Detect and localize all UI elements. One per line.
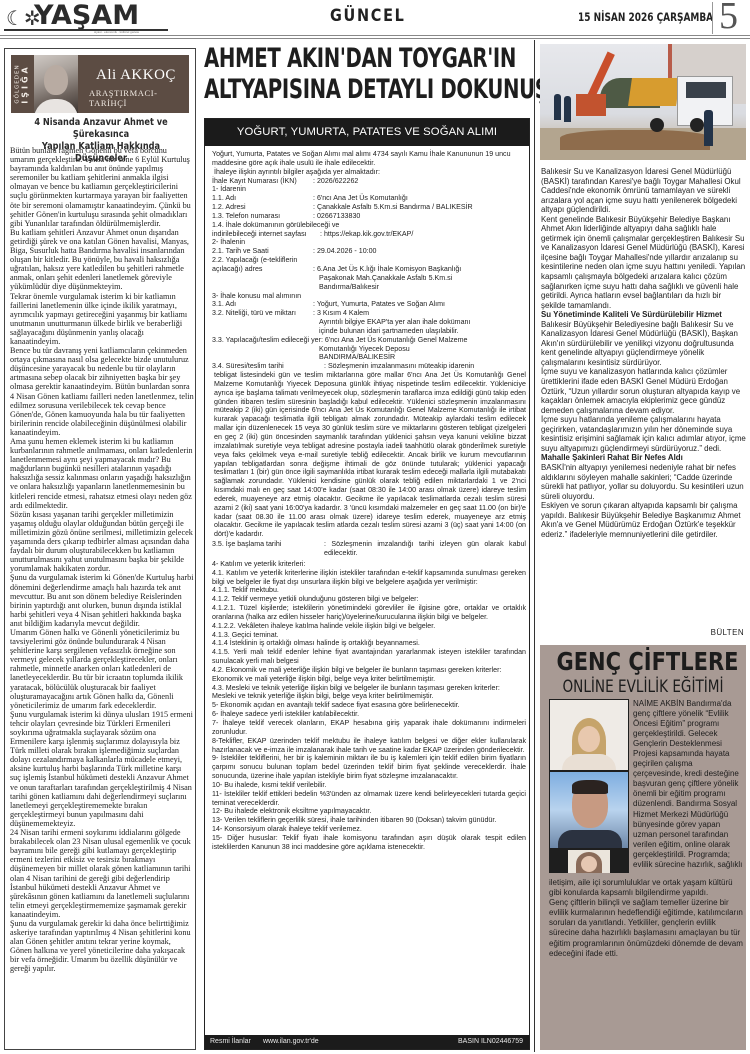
author-name: Ali AKKOÇ — [96, 67, 176, 84]
header-rule — [0, 38, 750, 39]
divider — [712, 2, 713, 34]
criteria-item: Ekonomik ve mali yeterliğe ilişkin bilgi… — [212, 675, 526, 684]
paragraph: Genç çiftlerin bilinçli ve sağlam temell… — [549, 898, 743, 959]
paragraph: Ama şunu hemen eklemek isterim ki bu kat… — [10, 437, 194, 510]
column-label-big: IŞIĞA — [21, 64, 30, 103]
news-article: Balıkesir Su ve Kanalizasyon İdaresi Gen… — [541, 167, 747, 539]
field-value: BANDIRMA/BALIKESİR — [212, 353, 526, 362]
tender-body: Yoğurt, Yumurta, Patates ve Soğan Alımı … — [212, 150, 526, 852]
tender-intro: İhaleye ilişkin ayrıntılı bilgiler aşağı… — [212, 168, 526, 177]
field-value: : Sözleşmenin imzalandığı tarihi izleyen… — [324, 540, 526, 558]
paragraph: Şunu da vurgulamak isterim ki Gönen'de K… — [10, 573, 194, 628]
author-role: ARAŞTIRMACI-TARİHÇİ — [89, 88, 189, 108]
field-value: : 6.Ana Jet Üs K.lığı İhale Komisyon Baş… — [313, 265, 526, 274]
field-value: içinde bulunan idari şartnameden ulaşıla… — [212, 327, 526, 336]
criteria-item: 13- Verilen tekliflerin geçerlilik süres… — [212, 816, 526, 825]
headline-line: ALTYAPISINA DETAYLI DOKUNUŞ — [204, 74, 549, 105]
column-divider — [534, 40, 535, 1052]
feature-text-continued: iletişim, aile içi sorumluluklar ve orta… — [549, 878, 743, 959]
paragraph: Tekrar önemle vurgulamak isterim ki bir … — [10, 292, 194, 347]
subheading: Su Yönetiminde Kaliteli Ve Sürdürülebili… — [541, 310, 747, 320]
logo-text: YAŞAM — [34, 0, 139, 31]
criteria-item: 4.3. Mesleki ve teknik yeterliğe ilişkin… — [212, 684, 526, 693]
criteria-item: 4.1.1. Teklif mektubu. — [212, 586, 526, 595]
page-number: 5 — [719, 0, 738, 38]
paragraph: BASKİ'nin altyapıyı yenilemesi nedeniyle… — [541, 463, 747, 501]
paragraph: Balıkesir Büyükşehir Belediyesine bağlı … — [541, 320, 747, 368]
main-headline[interactable]: AHMET AKIN'DAN TOYGAR'IN ALTYAPISINA DET… — [204, 43, 443, 105]
criteria-item: 15- Diğer hususlar: Teklif fiyatı ihale … — [212, 834, 526, 852]
field-value: Bandırma/Balıkesir — [212, 283, 526, 292]
criteria-item: 4.1.4 İsteklinin iş ortaklığı olması hal… — [212, 639, 526, 648]
field-value: : 6'ncı Ana Jet Üs Komutanlığı — [313, 194, 526, 203]
article-body: Bütün bunlara rağmen Gönenli bu vefa bor… — [10, 146, 194, 974]
field-label: 3.3. Yapılacağı/teslim edileceği yer: — [212, 336, 323, 345]
paragraph: 24 Nisan tarihi ermeni soykırımı iddiala… — [10, 828, 194, 919]
paragraph: Bence bu tür davranış yeni katliamcıları… — [10, 346, 194, 437]
footer-label: Resmi İlanlar — [210, 1035, 251, 1049]
field-label: 1.1. Adı — [212, 194, 313, 203]
criteria-item: 4.1. Katılım ve yeterlik kriterlerine il… — [212, 569, 526, 587]
paragraph: İçme suyu hatlarında yenileme çalışmalar… — [541, 415, 747, 453]
field-label: 2.1. Tarih ve Saati — [212, 247, 313, 256]
field-value: : Çanakkale Asfaltı 5.Km.si Bandırma / B… — [313, 203, 526, 212]
criteria-item: 6- İhaleye sadece yerli istekliler katıl… — [212, 710, 526, 719]
field-value: : 3 Kısım 4 Kalem — [313, 309, 526, 318]
column-label: GÖLGEDEN IŞIĞA — [11, 55, 33, 113]
ekap-link[interactable]: : https://ekap.kik.gov.tr/EKAP/ — [320, 230, 526, 239]
tender-intro: Yoğurt, Yumurta, Patates ve Soğan Alımı … — [212, 150, 526, 168]
author-photo — [34, 55, 78, 113]
section-heading: 2- İhalenin — [212, 238, 526, 247]
paragraph: Umarım Gönen halkı ve Gönenli yöneticile… — [10, 628, 194, 710]
field-value: Ayrıntılı bilgiye EKAP'ta yer alan ihale… — [212, 318, 526, 327]
feature-subtitle: ONLİNE EVLİLİK EĞİTİMİ — [561, 677, 726, 697]
field-label: 3.2. Niteliği, türü ve miktarı — [212, 309, 313, 318]
header-rule — [0, 35, 750, 36]
paragraph: iletişim, aile içi sorumluluklar ve orta… — [549, 878, 743, 898]
columnist-banner: GÖLGEDEN IŞIĞA Ali AKKOÇ ARAŞTIRMACI-TAR… — [11, 55, 189, 113]
field-label: 2.2. Yapılacağı (e-tekliflerin — [212, 256, 526, 265]
field-value: 6'ncı Ana Jet Üs Komutanlığı Genel Malze… — [323, 336, 526, 345]
section-heading: 1- İdarenin — [212, 185, 526, 194]
opinion-column: GÖLGEDEN IŞIĞA Ali AKKOÇ ARAŞTIRMACI-TAR… — [4, 48, 196, 1050]
field-value: : Yoğurt, Yumurta, Patates ve Soğan Alım… — [313, 300, 526, 309]
paragraph: Bu katliam şehitleri Anzavur Ahmet onun … — [10, 228, 194, 292]
criteria-item: 4.1.2.1. Tüzel kişilerde; isteklilerin y… — [212, 604, 526, 622]
feature-title[interactable]: GENÇ ÇİFTLERE — [556, 647, 729, 677]
tender-footer: Resmi İlanlar www.ilan.gov.tr'de BASIN I… — [205, 1035, 529, 1049]
criteria-item: 12- Bu ihalede elektronik eksiltme yapıl… — [212, 807, 526, 816]
news-photo[interactable] — [540, 44, 746, 160]
masthead: ☾✲ YAŞAM siyasi · ekonomik · kültürel ga… — [0, 0, 750, 38]
paragraph: Şunu da vurgulamak gerekir ki daha önce … — [10, 919, 194, 974]
feature-text: NAİME AKBİN Bandırma'da genç çiftlere yö… — [633, 699, 743, 870]
field-label: 1.2. Adresi — [212, 203, 313, 212]
article-title-line: 4 Nisanda Anzavur Ahmet ve Şürekasınca — [34, 117, 167, 140]
section-heading: 3- İhale konusu mal alımının — [212, 292, 526, 301]
criteria-item: 4.1.5. Yerli malı teklif edenler lehine … — [212, 648, 526, 666]
paragraph: Şunu vurgulamak isterim ki dünya uluslar… — [10, 710, 194, 828]
field-label: 3.4. Süresi/teslim tarihi — [212, 362, 324, 371]
paragraph: İçme suyu ve kanalizasyon hatlarında kal… — [541, 367, 747, 415]
criteria-item: 10- Bu ihalede, kısmi teklif verilebilir… — [212, 781, 526, 790]
field-label: 1.4. İhale dokümanının görülebileceği ve — [212, 221, 526, 230]
field-value: Paşakonak Mah.Çanakkale Asfaltı 5.Km.si — [212, 274, 526, 283]
section-heading: 4- Katılım ve yeterlik kriterleri: — [212, 560, 526, 569]
paragraph: Eskiyen ve sorun çıkaran altyapıda kapsa… — [541, 501, 747, 539]
criteria-item: 9- İstekliler tekliflerini, her bir iş k… — [212, 754, 526, 781]
paragraph: Kent genelinde Balıkesir Büyükşehir Bele… — [541, 215, 747, 310]
participant-photo — [550, 772, 628, 848]
paragraph: Balıkesir Su ve Kanalizasyon İdaresi Gen… — [541, 167, 747, 215]
criteria-item: 4.1.2. Teklif vermeye yetkili olunduğunu… — [212, 595, 526, 604]
participant-photo — [550, 850, 628, 873]
logo-tagline: siyasi · ekonomik · kültürel gazete — [94, 30, 139, 34]
headline-line: AHMET AKIN'DAN TOYGAR'IN — [204, 43, 516, 74]
tender-title: YOĞURT, YUMURTA, PATATES VE SOĞAN ALIMI — [205, 119, 529, 146]
field-value: : 29.04.2026 - 10:00 — [313, 247, 526, 256]
delivery-terms: tebligat listesindeki gün ve teslim mikt… — [212, 371, 526, 539]
footer-url-link[interactable]: www.ilan.gov.tr'de — [263, 1035, 319, 1049]
participant-photo — [550, 700, 628, 770]
field-label: 1.3. Telefon numarası — [212, 212, 313, 221]
criteria-item: 11- İstekliler teklif ettikleri bedelin … — [212, 790, 526, 808]
field-value: : 2026/622262 — [313, 177, 526, 186]
field-value: : 02667133830 — [313, 212, 526, 221]
logo-underline — [4, 29, 168, 31]
field-value: : Sözleşmenin imzalanmasını müteakip ida… — [324, 362, 526, 371]
section-name: GÜNCEL — [330, 6, 406, 26]
issue-date: 15 NİSAN 2026 ÇARŞAMBA — [578, 10, 713, 24]
criteria-item: 8-Teklifler, EKAP üzerinden teklif mektu… — [212, 737, 526, 755]
paragraph: Bütün bunlara rağmen Gönenli bu vefa bor… — [10, 146, 194, 228]
field-label: açılacağı) adres — [212, 265, 313, 274]
feature-box: GENÇ ÇİFTLERE ONLİNE EVLİLİK EĞİTİMİ NAİ… — [540, 645, 746, 1050]
criteria-item: 14- Konsorsiyum olarak ihaleye teklif ve… — [212, 825, 526, 834]
criteria-item: 4.2. Ekonomik ve mali yeterliğe ilişkin … — [212, 666, 526, 675]
criteria-item: 5- Ekonomik açıdan en avantajlı teklif s… — [212, 701, 526, 710]
field-label: 3.1. Adı — [212, 300, 313, 309]
paragraph: Sözün kısası yaşanan tarihi gerçekler mi… — [10, 510, 194, 574]
video-call-screenshot — [549, 699, 629, 873]
criteria-item: 4.1.2.2. Vekâleten ihaleye katılma halin… — [212, 622, 526, 631]
newspaper-logo[interactable]: ☾✲ YAŞAM siyasi · ekonomik · kültürel ga… — [4, 2, 168, 34]
criteria-item: Mesleki ve teknik yeterliğe ilişkin bilg… — [212, 692, 526, 701]
byline: BÜLTEN — [541, 628, 744, 637]
criteria-item: 7- İhaleye teklif verecek olanların, EKA… — [212, 719, 526, 737]
subheading: Mahalle Şakinleri Rahat Bir Nefes Aldı — [541, 453, 747, 463]
press-code: BASIN ILN02446759 — [458, 1035, 523, 1049]
tender-notice: YOĞURT, YUMURTA, PATATES VE SOĞAN ALIMI … — [204, 118, 530, 1050]
field-label: 3.5. İşe başlama tarihi — [212, 540, 324, 558]
